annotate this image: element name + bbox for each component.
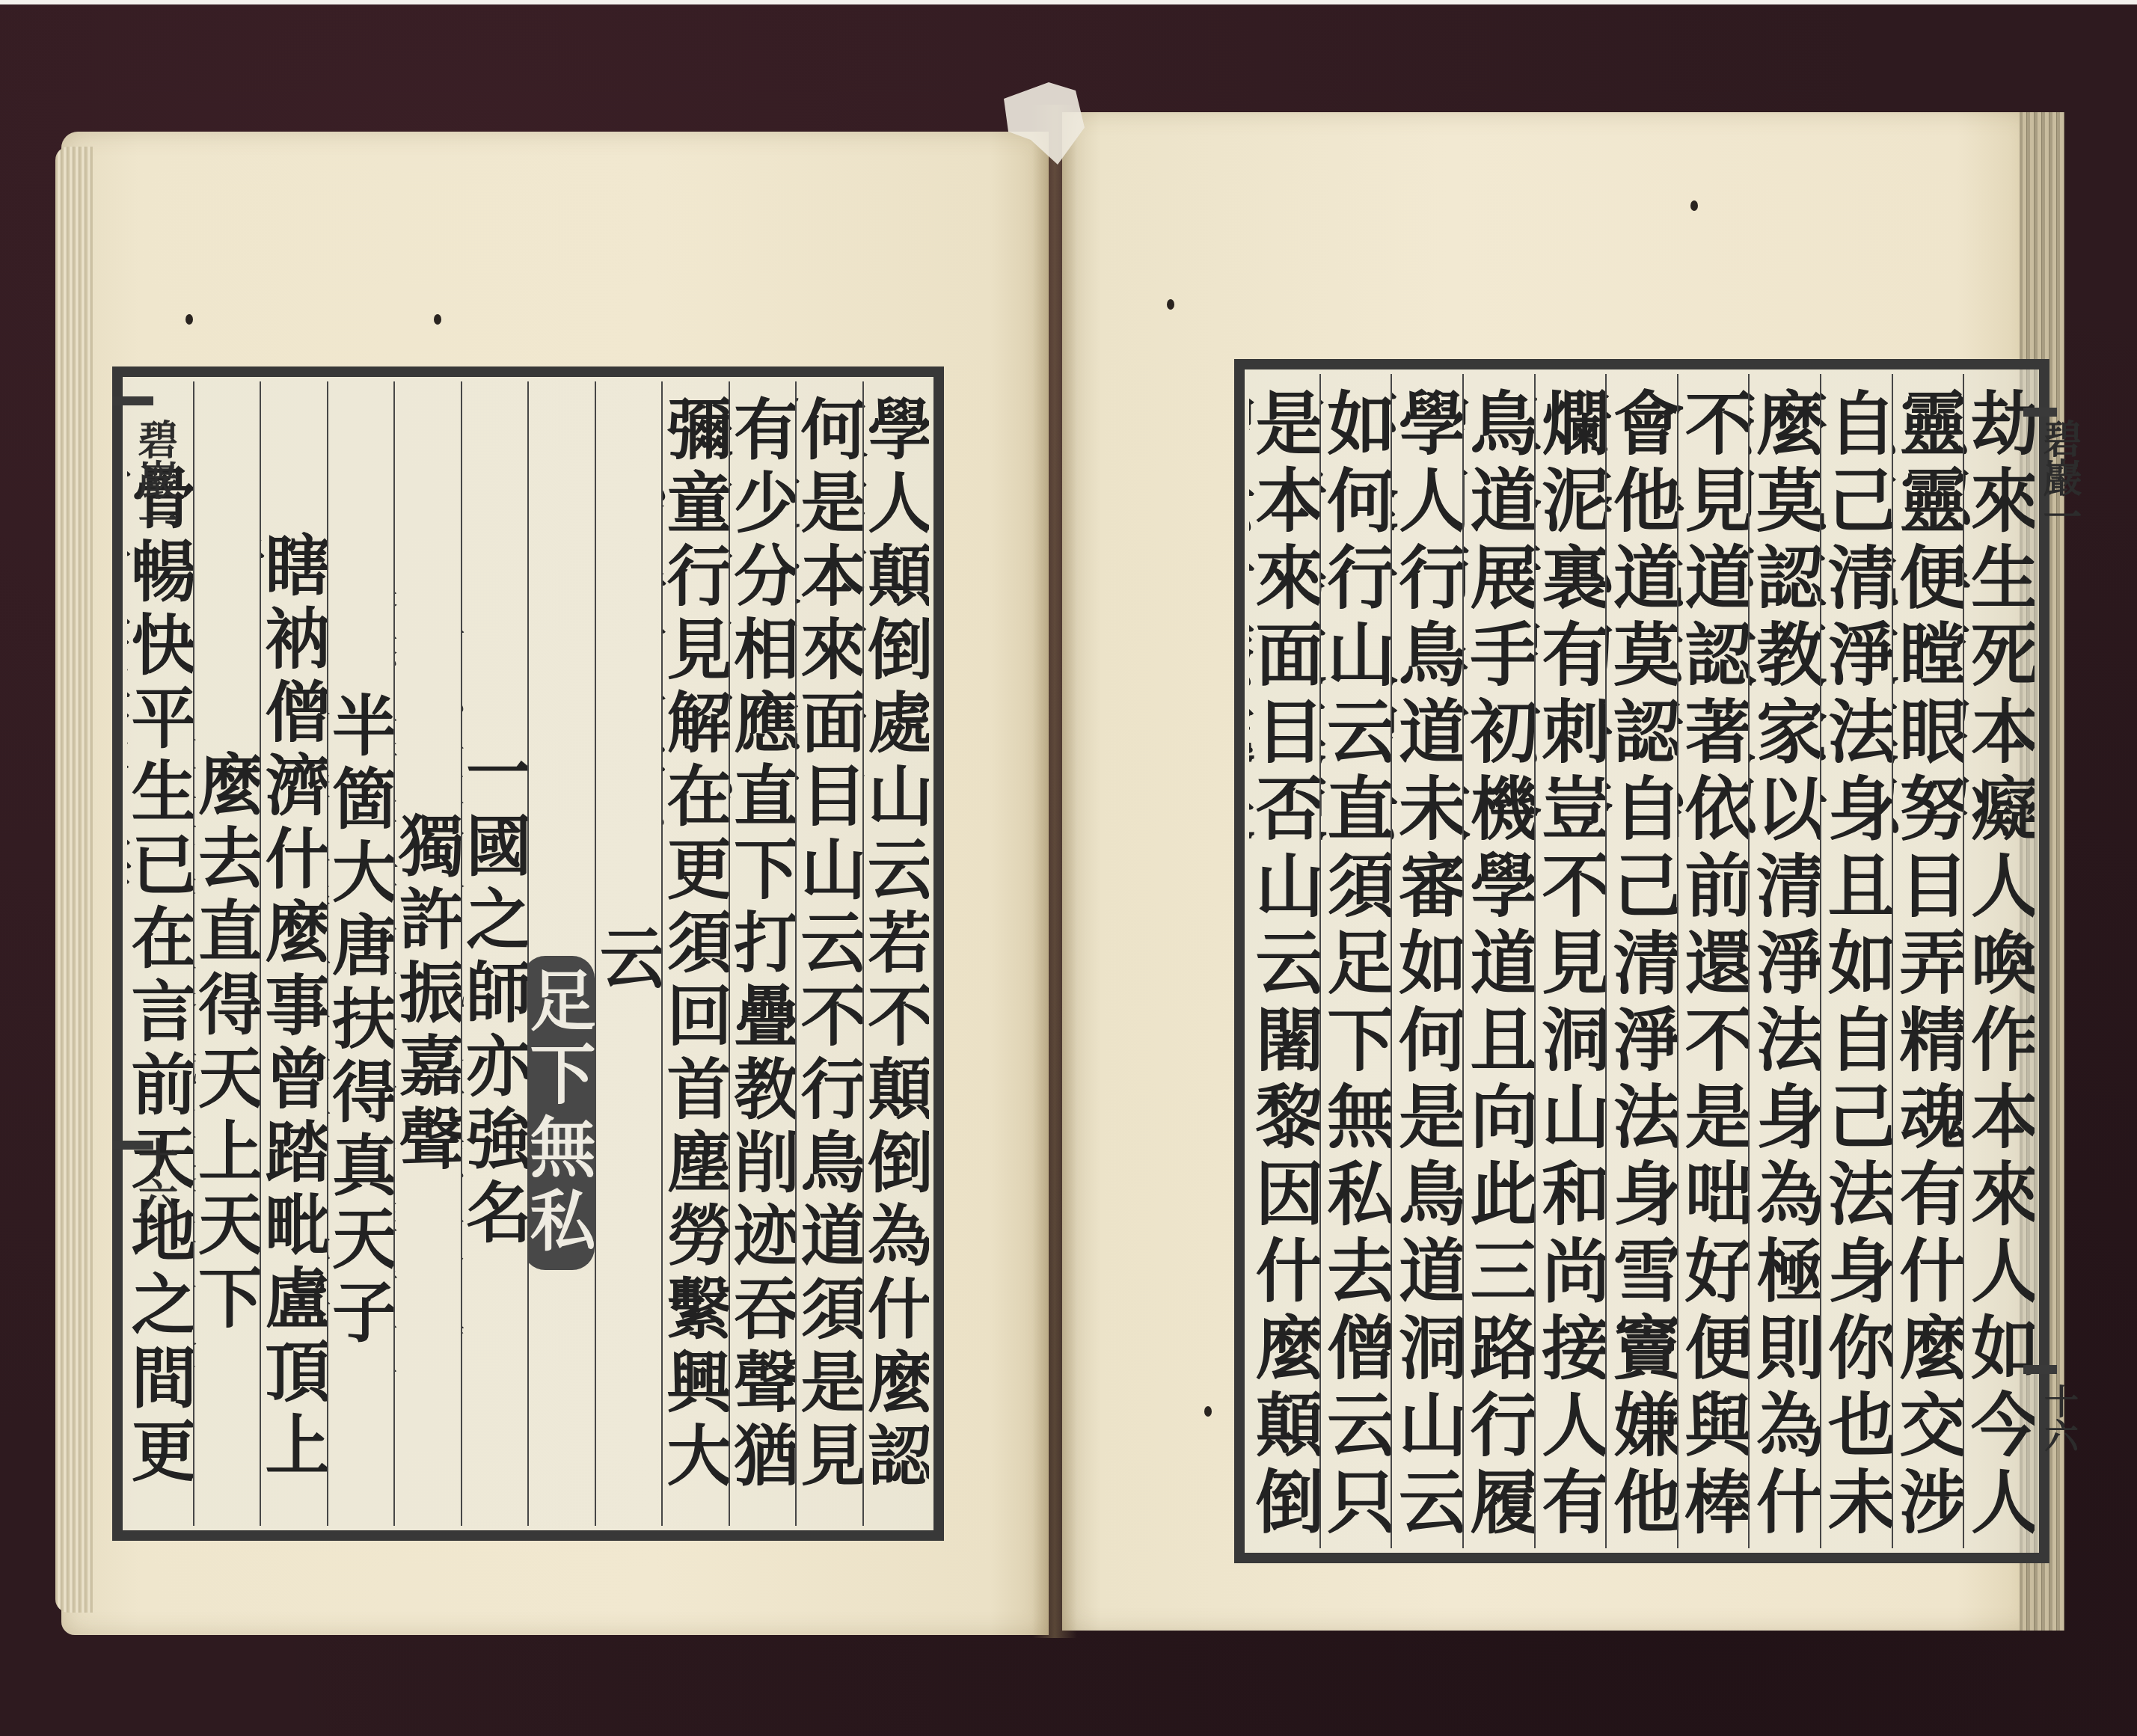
column-text: 獨許振嘉聲 xyxy=(395,812,461,1178)
column-text: 如何行山云直須足下無私去僧云只如行鳥道莫便 xyxy=(1319,387,1391,1548)
column-text: 何是本來面目山云不行鳥道須是見到這般田地方 xyxy=(795,395,862,1526)
column-text: 一國之師亦強名 xyxy=(462,738,527,1251)
worm-hole xyxy=(1204,1406,1212,1417)
column-text: 會他道莫認自己清淨法身雪竇嫌他老婆心切爭奈 xyxy=(1605,387,1677,1548)
worm-hole xyxy=(434,314,441,325)
right-margin-title: 碧巖一 xyxy=(2031,419,2087,536)
boxed-title: 足下無私 xyxy=(527,956,595,1270)
column-text: 是本來面目否山云闍黎因什麼顛倒僧云什麼處是 xyxy=(1249,387,1319,1548)
text-column: 是本來面目否山云闍黎因什麼顛倒僧云什麼處是 xyxy=(1249,374,1319,1548)
text-column: 半箇大唐扶得真天子 可憐生接得甚作何用攙得 xyxy=(327,381,394,1526)
fishtail-marker xyxy=(2023,1365,2057,1374)
text-column: 學人顛倒處山云若不顛倒為什麼認奴作郎僧云如 xyxy=(862,381,930,1526)
column-text: 學人行鳥道未審如何是鳥道洞山云不逢一人僧云 xyxy=(1391,387,1462,1548)
commentary-note: 何必空花水月風過樹頭搖南陽 xyxy=(461,625,462,1364)
text-column: 靈靈便瞠眼努目弄精魂有什麼交涉只如他道莫認 xyxy=(1892,374,1963,1548)
book-gutter xyxy=(1032,105,1077,1638)
text-column: 獨許振嘉聲 果然坐斷要津千箇萬箇中難得一箇 xyxy=(393,381,461,1526)
left-text-frame: 學人顛倒處山云若不顛倒為什麼認奴作郎僧云如 何是本來面目山云不行鳥道須是見到這般… xyxy=(112,366,944,1541)
text-column: 如何行山云直須足下無私去僧云只如行鳥道莫便 xyxy=(1319,374,1391,1548)
text-column: 云 xyxy=(595,381,662,1526)
fishtail-marker xyxy=(2023,408,2057,417)
text-column: 學人行鳥道未審如何是鳥道洞山云不逢一人僧云 xyxy=(1391,374,1462,1548)
right-margin-page-number: 十六 xyxy=(2035,1384,2084,1453)
column-text: 學人顛倒處山云若不顛倒為什麼認奴作郎僧云如 xyxy=(862,395,930,1526)
text-column: 麼去直得天上天下 上座作麼生踏鐵錐擊碎黃金 xyxy=(193,381,260,1526)
column-text: 麼去直得天上天下 xyxy=(194,750,260,1337)
worm-hole xyxy=(186,314,193,325)
column-text: 不見道認著依前還不是咄好便與棒會得此意者始 xyxy=(1677,387,1749,1548)
commentary-note: 果然坐斷要津千箇萬箇中難得一箇 xyxy=(393,568,395,1421)
text-column: 自己清淨法身且如自己法身你也未夢見在更說什 xyxy=(1820,374,1892,1548)
column-text: 鳥道展手初機學道且向此三路行履僧問師尋常教 xyxy=(1462,387,1534,1548)
text-column: 一國之師亦強名 何必空花水月風過樹頭搖南陽 xyxy=(461,381,528,1526)
right-columns: 劫來生死本癡人喚作本來人如今人只認得箇昭昭 靈靈便瞠眼努目弄精魂有什麼交涉只如他… xyxy=(1249,374,2035,1548)
left-margin-title: 碧巖一 xyxy=(127,419,185,540)
column-text: 云 xyxy=(595,924,661,997)
text-column: 瞎衲僧濟什麼事曾踏毗盧頂上行 一切人何不恁 xyxy=(260,381,327,1526)
worm-hole xyxy=(1167,299,1174,310)
text-column: 鳥道展手初機學道且向此三路行履僧問師尋常教 xyxy=(1462,374,1534,1548)
text-column: 骨暢快平生已在言前天地之間更何物茫茫四海 xyxy=(127,381,193,1526)
right-text-frame: 劫來生死本癡人喚作本來人如今人只認得箇昭昭 靈靈便瞠眼努目弄精魂有什麼交涉只如他… xyxy=(1234,359,2049,1563)
column-text: 骨暢快平生已在言前天地之間更何物茫茫四海 xyxy=(127,464,193,1526)
left-page-edges xyxy=(55,147,93,1613)
text-column: 不見道認著依前還不是咄好便與棒會得此意者始 xyxy=(1677,374,1749,1548)
text-column: 彌童行見解在更須回首塵勞繫興大用始得雪竇頌 xyxy=(661,381,729,1526)
text-column-verse-title: 足下無私 一作無絲 xyxy=(527,381,595,1526)
column-text: 瞎衲僧濟什麼事曾踏毗盧頂上行 xyxy=(260,531,327,1526)
column-text: 半箇大唐扶得真天子 xyxy=(328,691,393,1351)
text-column: 何是本來面目山云不行鳥道須是見到這般田地方 xyxy=(795,381,862,1526)
left-margin-page-number: 十六 xyxy=(127,1137,185,1218)
column-text: 劫來生死本癡人喚作本來人如今人只認得箇昭昭 xyxy=(1963,387,2035,1548)
commentary-note: 可憐生接得甚作何用攙得 xyxy=(327,708,328,1334)
top-edge-strip xyxy=(0,0,2137,4)
worm-hole xyxy=(1690,200,1698,211)
left-columns: 學人顛倒處山云若不顛倒為什麼認奴作郎僧云如 何是本來面目山云不行鳥道須是見到這般… xyxy=(127,381,929,1526)
column-text: 爛泥裏有刺豈不見洞山和尚接人有三路所謂玄路 xyxy=(1534,387,1606,1548)
column-text: 靈靈便瞠眼努目弄精魂有什麼交涉只如他道莫認 xyxy=(1892,387,1963,1548)
column-text: 自己清淨法身且如自己法身你也未夢見在更說什 xyxy=(1820,387,1892,1548)
column-text: 有少分相應直下打疊教削迹吞聲猶是衲僧門下沙 xyxy=(729,395,796,1526)
text-column: 爛泥裏有刺豈不見洞山和尚接人有三路所謂玄路 xyxy=(1534,374,1606,1548)
column-text: 麼莫認教家以清淨法身為極則為什麼卻不教人認 xyxy=(1748,387,1820,1548)
column-text: 彌童行見解在更須回首塵勞繫興大用始得雪竇頌 xyxy=(661,395,729,1526)
fishtail-marker xyxy=(112,396,153,405)
text-column: 會他道莫認自己清淨法身雪竇嫌他老婆心切爭奈 xyxy=(1605,374,1677,1548)
commentary-note: 上座作麼生踏鐵錐擊碎黃金 xyxy=(193,702,194,1384)
text-column: 有少分相應直下打疊教削迹吞聲猶是衲僧門下沙 xyxy=(729,381,796,1526)
text-column: 麼莫認教家以清淨法身為極則為什麼卻不教人認 xyxy=(1748,374,1820,1548)
